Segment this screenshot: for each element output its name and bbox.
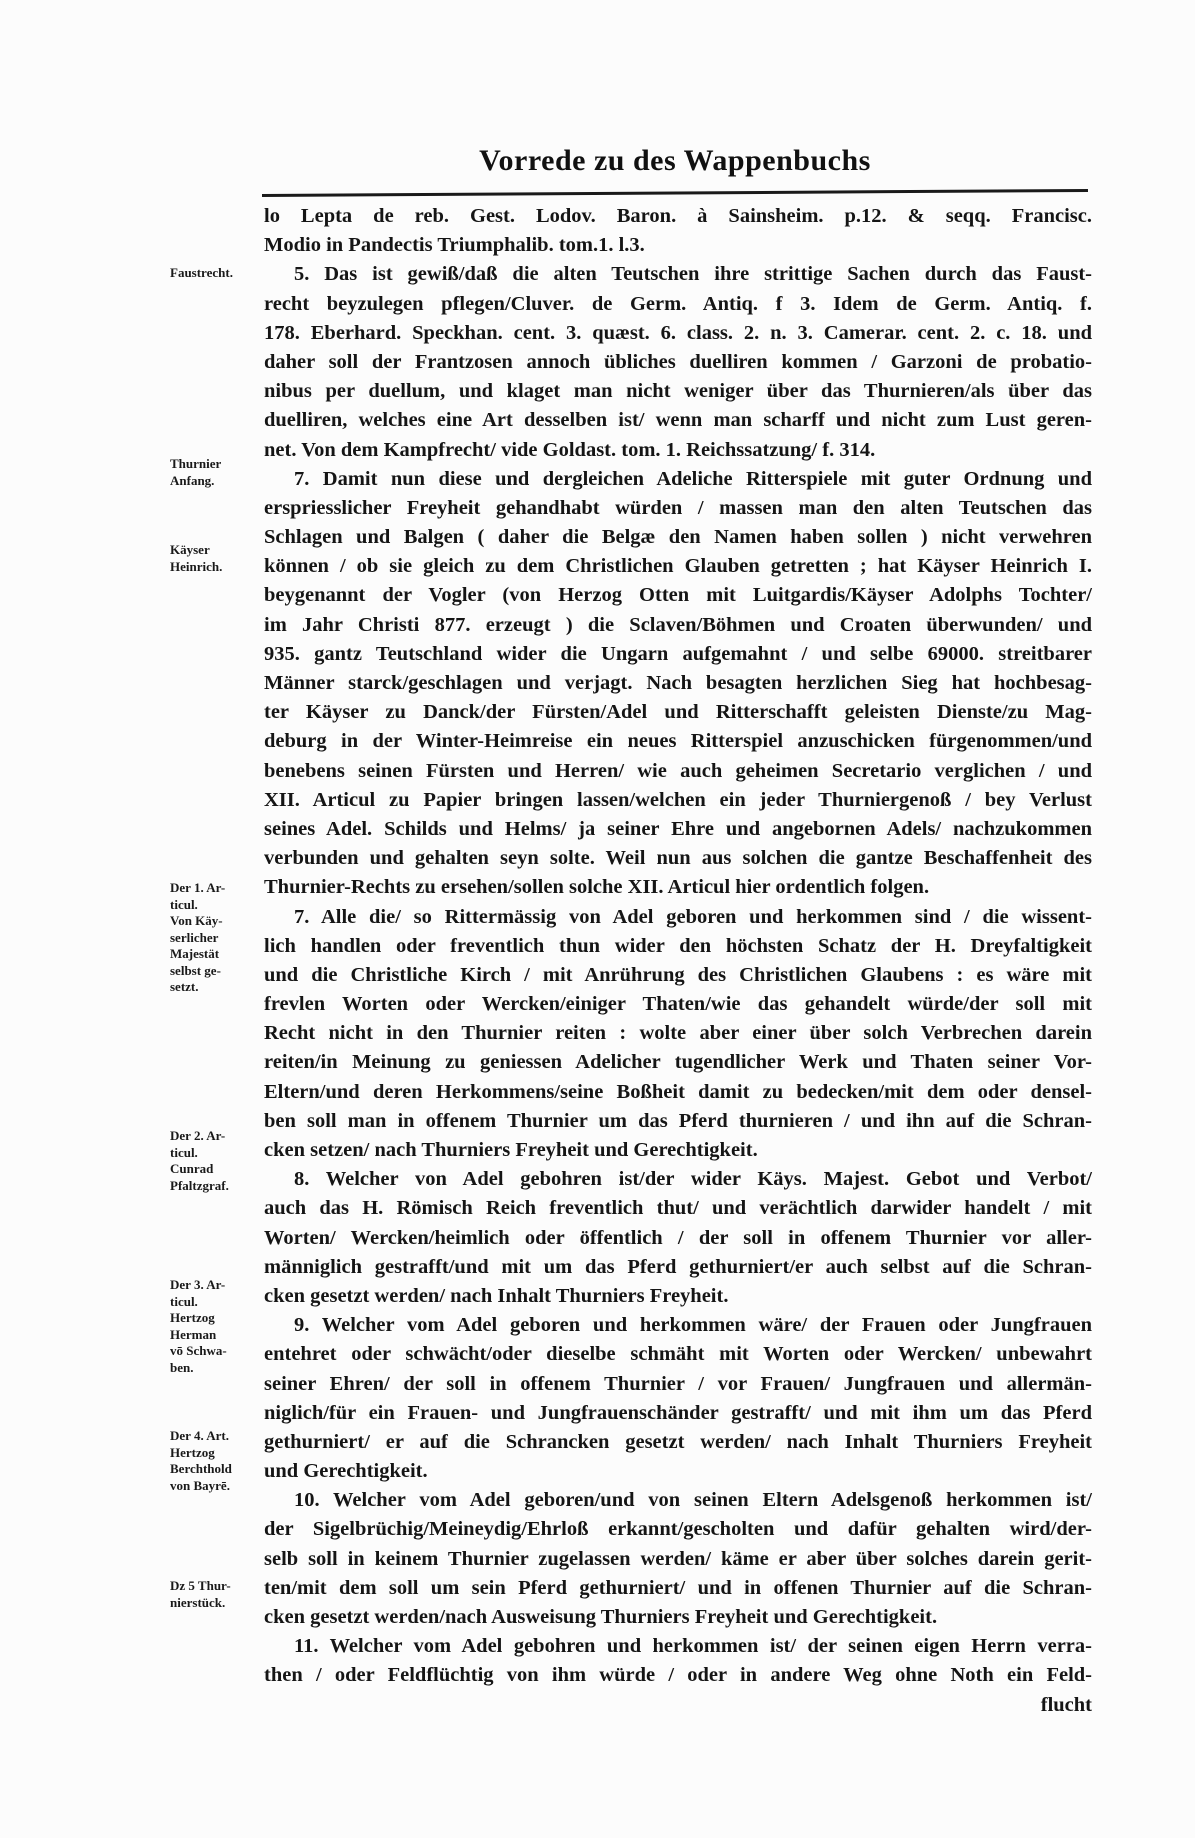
text-line: und Gerechtigkeit.	[264, 1457, 1092, 1486]
text-line: nibus per duellum, und klaget man nicht …	[264, 377, 1092, 406]
text-line: cken gesetzt werden/nach Ausweisung Thur…	[264, 1603, 1092, 1632]
text-line: benebens seinen Fürsten und Herren/ wie …	[264, 757, 1092, 786]
text-line: Schlagen und Balgen ( daher die Belgæ de…	[264, 523, 1092, 552]
margin-note-articul-4: Der 4. Art. Hertzog Berchthold von Bayrē…	[170, 1428, 262, 1494]
text-line: cken setzen/ nach Thurniers Freyheit und…	[264, 1136, 1092, 1165]
paragraph-7-start: 7. Damit nun diese und dergleichen Adeli…	[264, 465, 1092, 494]
text-line: verbunden und gehalten seyn solte. Weil …	[264, 844, 1092, 873]
running-head: Vorrede zu des Wappenbuchs	[265, 144, 1085, 178]
text-line: seines Adel. Schilds und Helms/ ja seine…	[264, 815, 1092, 844]
articul-4-start: 10. Welcher vom Adel geboren/und von sei…	[264, 1486, 1092, 1515]
text-line: Thurnier-Rechts zu ersehen/sollen solche…	[264, 873, 1092, 902]
header-rule	[262, 189, 1088, 197]
text-line: seiner Ehren/ der soll in offenem Thurni…	[264, 1370, 1092, 1399]
text-line: können / ob sie gleich zu dem Christlich…	[264, 552, 1092, 581]
text-line: der Sigelbrüchig/Meineydig/Ehrloß erkann…	[264, 1515, 1092, 1544]
margin-note-kayser-heinrich: Käyser Heinrich.	[170, 542, 262, 575]
margin-note-articul-3: Der 3. Ar- ticul. Hertzog Herman vō Schw…	[170, 1277, 262, 1376]
catchword: flucht	[264, 1691, 1092, 1720]
text-line: 178. Eberhard. Speckhan. cent. 3. quæst.…	[264, 319, 1092, 348]
text-line: ten/mit dem soll um sein Pferd gethurnie…	[264, 1574, 1092, 1603]
text-line: daher soll der Frantzosen annoch übliche…	[264, 348, 1092, 377]
text-line: männiglich gestrafft/und mit um das Pfer…	[264, 1253, 1092, 1282]
text-line: cken gesetzt werden/ nach Inhalt Thurnie…	[264, 1282, 1092, 1311]
text-line: gethurniert/ er auf die Schrancken geset…	[264, 1428, 1092, 1457]
articul-5-start: 11. Welcher vom Adel gebohren und herkom…	[264, 1632, 1092, 1661]
text-line: beygenannt der Vogler (von Herzog Otten …	[264, 581, 1092, 610]
text-line: ter Käyser zu Danck/der Fürsten/Adel und…	[264, 698, 1092, 727]
text-line: Modio in Pandectis Triumphalib. tom.1. l…	[264, 231, 1092, 260]
margin-note-articul-2: Der 2. Ar- ticul. Cunrad Pfaltzgraf.	[170, 1128, 262, 1194]
text-line: duelliren, welches eine Art desselben is…	[264, 406, 1092, 435]
articul-1-start: 7. Alle die/ so Rittermässig von Adel ge…	[264, 903, 1092, 932]
text-line: frevlen Worten oder Wercken/einiger That…	[264, 990, 1092, 1019]
body-text: lo Lepta de reb. Gest. Lodov. Baron. à S…	[264, 202, 1092, 1720]
text-line: net. Von dem Kampfrecht/ vide Goldast. t…	[264, 436, 1092, 465]
text-line: XII. Articul zu Papier bringen lassen/we…	[264, 786, 1092, 815]
text-line: then / oder Feldflüchtig von ihm würde /…	[264, 1661, 1092, 1690]
text-line: und die Christliche Kirch / mit Anrührun…	[264, 961, 1092, 990]
margin-note-faustrecht: Faustrecht.	[170, 265, 262, 282]
text-line: reiten/in Meinung zu geniessen Adelicher…	[264, 1048, 1092, 1077]
text-line: lich handlen oder freventlich thun wider…	[264, 932, 1092, 961]
margin-note-thurnier-anfang: Thurnier Anfang.	[170, 456, 262, 489]
articul-3-start: 9. Welcher vom Adel geboren und herkomme…	[264, 1311, 1092, 1340]
margin-note-articul-1: Der 1. Ar- ticul. Von Käy- serlicher Maj…	[170, 880, 262, 996]
text-line: im Jahr Christi 877. erzeugt ) die Sclav…	[264, 611, 1092, 640]
text-line: erspriesslicher Freyheit gehandhabt würd…	[264, 494, 1092, 523]
text-line: ben soll man in offenem Thurnier um das …	[264, 1107, 1092, 1136]
articul-2-start: 8. Welcher von Adel gebohren ist/der wid…	[264, 1165, 1092, 1194]
text-line: niglich/für ein Frauen- und Jungfrauensc…	[264, 1399, 1092, 1428]
text-line: 935. gantz Teutschland wider die Ungarn …	[264, 640, 1092, 669]
text-line: Eltern/und deren Herkommens/seine Boßhei…	[264, 1078, 1092, 1107]
text-line: selb soll in keinem Thurnier zugelassen …	[264, 1545, 1092, 1574]
document-page: Vorrede zu des Wappenbuchs Faustrecht. T…	[0, 0, 1195, 1838]
margin-note-thurnierstuck-5: Dz 5 Thur- nierstück.	[170, 1578, 262, 1611]
text-line: Männer starck/geschlagen und verjagt. Na…	[264, 669, 1092, 698]
text-line: auch das H. Römisch Reich freventlich th…	[264, 1194, 1092, 1223]
paragraph-5-start: 5. Das ist gewiß/daß die alten Teutschen…	[264, 260, 1092, 289]
text-line: Recht nicht in den Thurnier reiten : wol…	[264, 1019, 1092, 1048]
text-line: Worten/ Wercken/heimlich oder öffentlich…	[264, 1224, 1092, 1253]
text-line: entehret oder schwächt/oder dieselbe sch…	[264, 1340, 1092, 1369]
text-line: lo Lepta de reb. Gest. Lodov. Baron. à S…	[264, 202, 1092, 231]
text-line: deburg in der Winter-Heimreise ein neues…	[264, 727, 1092, 756]
text-line: recht beyzulegen pflegen/Cluver. de Germ…	[264, 290, 1092, 319]
